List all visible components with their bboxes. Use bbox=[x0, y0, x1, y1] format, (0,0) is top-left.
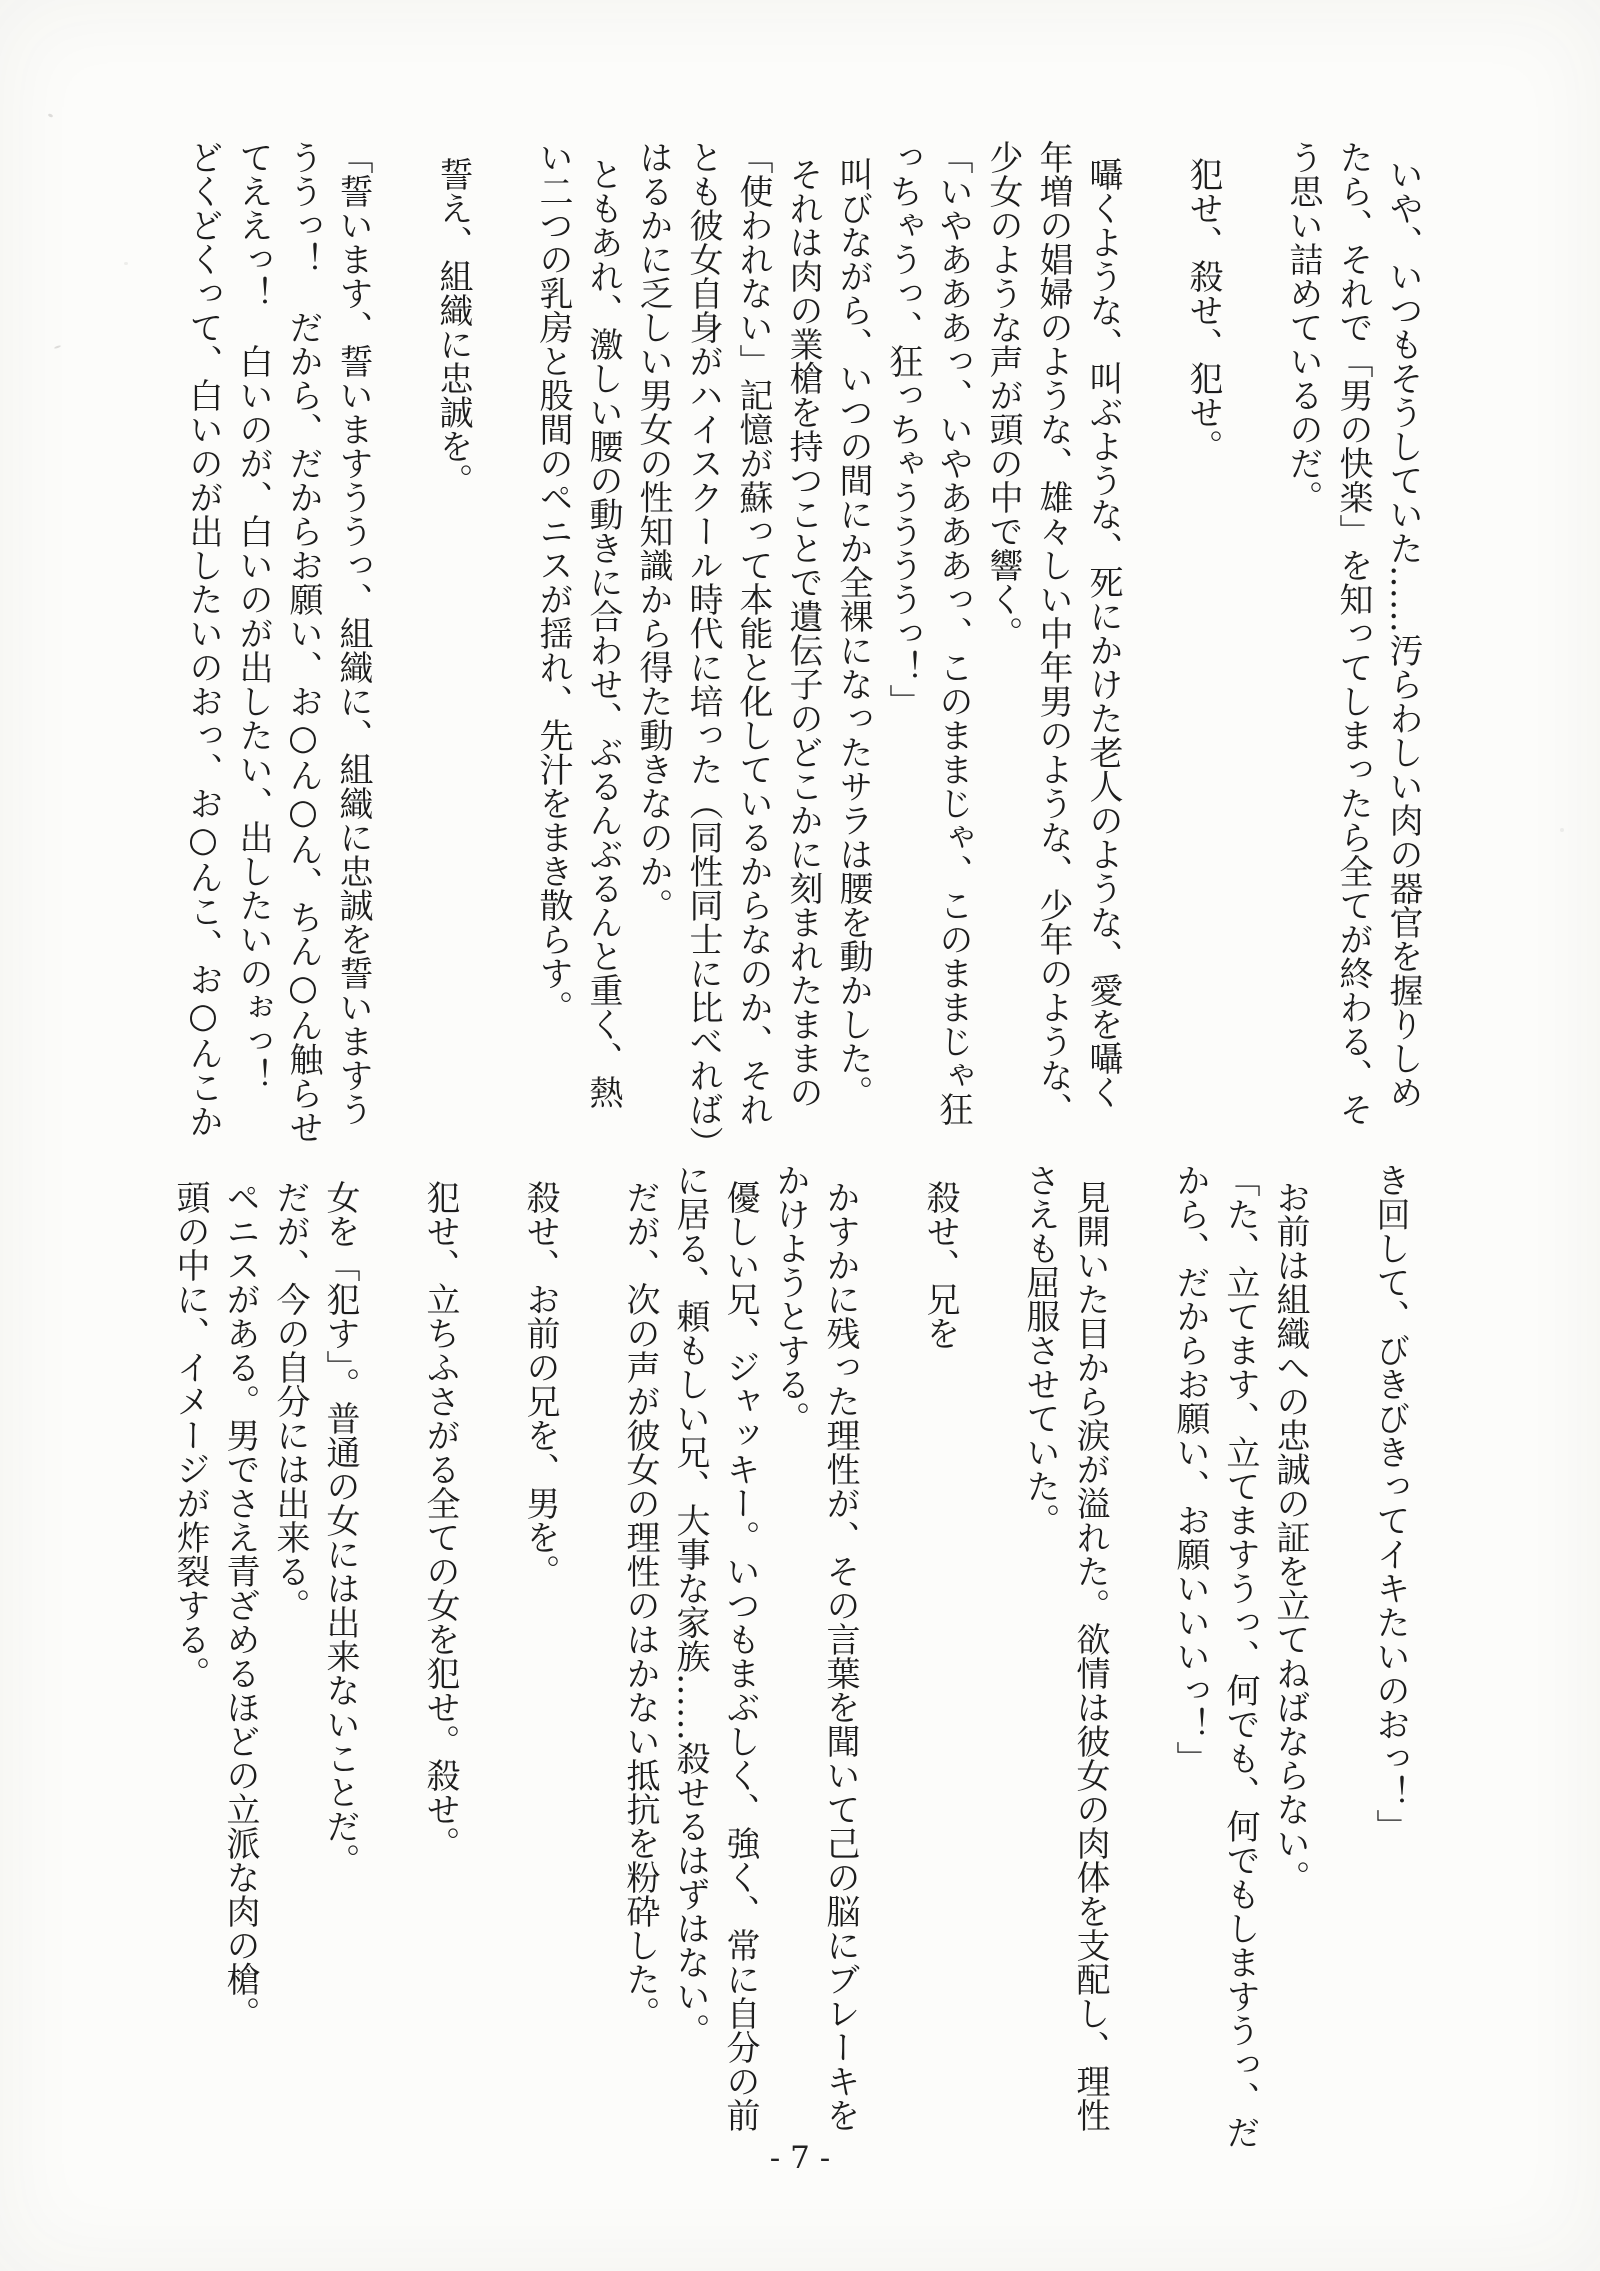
text-column: 誓え、組織に忠誠を。 bbox=[429, 157, 477, 497]
text-column: き回して、びきびきってイキたいのおっ！」 bbox=[1366, 1163, 1414, 1843]
text-column: 頭の中に、イメージが炸裂する。 bbox=[166, 1180, 214, 1690]
text-column: 犯せ、立ちふさがる全ての女を犯せ。殺せ。 bbox=[416, 1180, 464, 1860]
text-column: ペニスがある。男でさえ青ざめるほどの立派な肉の槍。 bbox=[216, 1180, 264, 2030]
text-column: さえも屈服させていた。 bbox=[1016, 1163, 1064, 1537]
text-column: から、だからお願い、お願いいいっ！」 bbox=[1166, 1163, 1214, 1775]
text-column: どくどくって、白いのが出したいのおっ、お○んこ、お○んこか bbox=[179, 140, 227, 1138]
text-column: 「た、立てます、立てますうっ、何でも、何でもしますうっ、だ bbox=[1216, 1163, 1264, 2149]
text-column: 殺せ、お前の兄を、男を。 bbox=[516, 1180, 564, 1588]
text-column: 囁くような、叫ぶような、死にかけた老人のような、愛を囁く bbox=[1079, 157, 1127, 1109]
scan-speck bbox=[1560, 828, 1564, 832]
text-column: てええっ！ 白いのが、白いのが出したい、出したいのぉっ！ bbox=[229, 140, 277, 1092]
text-column: だが、次の声が彼女の理性のはかない抵抗を粉砕した。 bbox=[616, 1180, 664, 2030]
text-column: い二つの乳房と股間のペニスが揺れ、先汁をまき散らす。 bbox=[529, 140, 577, 1024]
scan-speck bbox=[54, 345, 61, 349]
text-column: 叫びながら、いつの間にか全裸になったサラは腰を動かした。 bbox=[829, 157, 877, 1109]
text-column: に居る、頼もしい兄、大事な家族……殺せるはずはない。 bbox=[666, 1163, 714, 2047]
top-text-block: いや、いつもそうしていた……汚らわしい肉の器官を握りしめたら、それで「男の快楽」… bbox=[127, 140, 1427, 1170]
text-column: とも彼女自身がハイスクール時代に培った（同性同士に比べれば） bbox=[679, 140, 727, 1160]
text-column: 「誓います、誓いますううっ、組織に、組織に忠誠を誓いますう bbox=[329, 140, 377, 1126]
page-number: - 7 - bbox=[0, 2140, 1600, 2176]
text-column: ともあれ、激しい腰の動きに合わせ、ぶるんぶるんと重く、熱 bbox=[579, 157, 627, 1109]
text-column: かすかに残った理性が、その言葉を聞いて己の脳にブレーキを bbox=[816, 1180, 864, 2132]
text-column: はるかに乏しい男女の性知識から得た動きなのか。 bbox=[629, 140, 677, 922]
text-column: 犯せ、殺せ、犯せ。 bbox=[1179, 157, 1227, 463]
text-column: う思い詰めているのだ。 bbox=[1279, 140, 1327, 514]
scan-speck bbox=[124, 262, 128, 265]
text-column: 少女のような声が頭の中で響く。 bbox=[979, 140, 1027, 650]
text-column: 優しい兄、ジャッキー。いつもまぶしく、強く、常に自分の前 bbox=[716, 1180, 764, 2132]
text-column: 見開いた目から涙が溢れた。欲情は彼女の肉体を支配し、理性 bbox=[1066, 1180, 1114, 2132]
scanned-book-page: いや、いつもそうしていた……汚らわしい肉の器官を握りしめたら、それで「男の快楽」… bbox=[0, 0, 1600, 2271]
text-column: たら、それで「男の快楽」を知ってしまったら全てが終わる、そ bbox=[1329, 140, 1377, 1126]
text-column: お前は組織への忠誠の証を立てねばならない。 bbox=[1266, 1180, 1314, 1894]
text-column: かけようとする。 bbox=[766, 1163, 814, 1435]
text-column: 殺せ、兄を bbox=[916, 1180, 964, 1350]
text-column: 年増の娼婦のような、雄々しい中年男のような、少年のような、 bbox=[1029, 140, 1077, 1126]
scan-speck bbox=[348, 1106, 352, 1109]
text-column: っちゃうっ、狂っちゃううううっ！」 bbox=[879, 140, 927, 718]
text-column: それは肉の業槍を持つことで遺伝子のどこかに刻まれたままの bbox=[779, 157, 827, 1109]
text-column: 女を「犯す」。普通の女には出来ないことだ。 bbox=[316, 1180, 364, 1877]
text-column: 「使われない」記憶が蘇って本能と化しているからなのか、それ bbox=[729, 140, 777, 1126]
text-column: ううっ！ だから、だからお願い、お○ん○ん、ちん○ん触らせ bbox=[279, 140, 327, 1144]
scan-speck bbox=[48, 113, 54, 118]
text-column: だが、今の自分には出来る。 bbox=[266, 1180, 314, 1622]
bottom-text-block: き回して、びきびきってイキたいのおっ！」お前は組織への忠誠の証を立てねばならない… bbox=[114, 1163, 1414, 2203]
text-column: いや、いつもそうしていた……汚らわしい肉の器官を握りしめ bbox=[1379, 157, 1427, 1109]
text-column: 「いやあああっ、いやあああっ、このままじゃ、このままじゃ狂 bbox=[929, 140, 977, 1126]
